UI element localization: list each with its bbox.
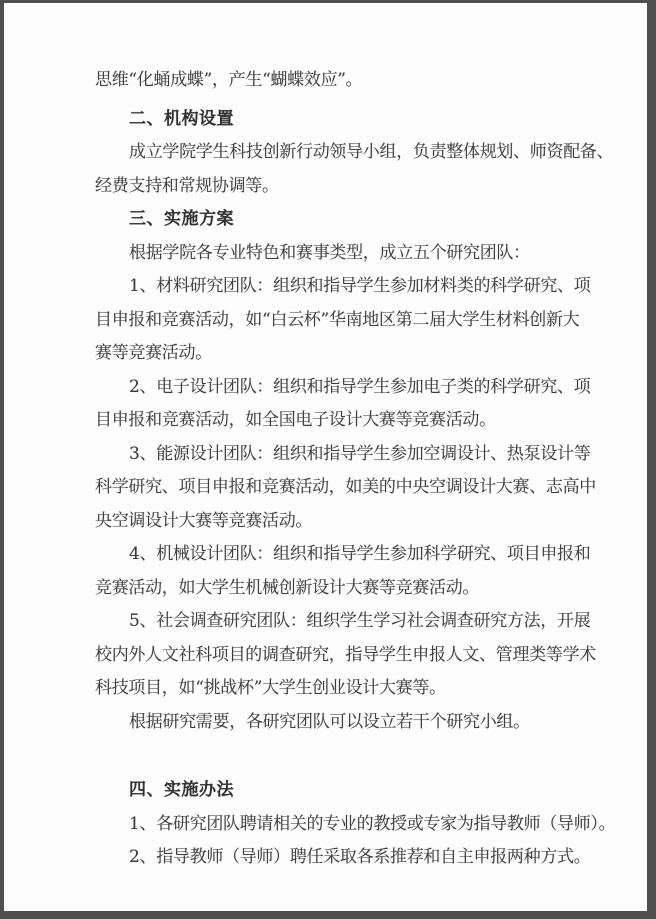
- document-line: 科学研究、项目申报和竞赛活动，如美的中央空调设计大赛、志高中: [95, 471, 563, 505]
- document-line: 竞赛活动，如大学生机械创新设计大赛等竞赛活动。: [95, 572, 563, 606]
- document-page: 思维“化蛹成蝶”，产生“蝴蝶效应”。二、机构设置成立学院学生科技创新行动领导小组…: [4, 3, 647, 911]
- document-line: 2、电子设计团队：组织和指导学生参加电子类的科学研究、项: [95, 371, 563, 405]
- section-heading: 二、机构设置: [95, 103, 563, 137]
- document-line: 校内外人文社科项目的调查研究，指导学生申报人文、管理类等学术: [95, 639, 563, 673]
- document-line: 科技项目，如“挑战杯”大学生创业设计大赛等。: [95, 672, 563, 706]
- document-line: 根据研究需要，各研究团队可以设立若干个研究小组。: [95, 706, 563, 740]
- document-line: 1、材料研究团队：组织和指导学生参加材料类的科学研究、项: [95, 270, 563, 304]
- document-line: 赛等竞赛活动。: [95, 337, 563, 371]
- document-line: 成立学院学生科技创新行动领导小组，负责整体规划、师资配备、: [95, 136, 563, 170]
- document-line: 目申报和竞赛活动，如“白云杯”华南地区第二届大学生材料创新大: [95, 304, 563, 338]
- document-line: 1、各研究团队聘请相关的专业的教授或专家为指导教师（导师）。: [95, 808, 563, 842]
- document-line: 4、机械设计团队：组织和指导学生参加科学研究、项目申报和: [95, 538, 563, 572]
- document-line: 经费支持和常规协调等。: [95, 170, 563, 204]
- document-line: 根据学院各专业特色和赛事类型，成立五个研究团队：: [95, 237, 563, 271]
- section-heading: 四、实施办法: [95, 774, 563, 808]
- document-line: 2、指导教师（导师）聘任采取各系推荐和自主申报两种方式。: [95, 841, 563, 875]
- document-line: 5、社会调查研究团队：组织学生学习社会调查研究方法，开展: [95, 605, 563, 639]
- document-line: 目申报和竞赛活动，如全国电子设计大赛等竞赛活动。: [95, 404, 563, 438]
- document-line: 思维“化蛹成蝶”，产生“蝴蝶效应”。: [95, 64, 563, 98]
- section-heading: 三、实施方案: [95, 203, 563, 237]
- document-content: 思维“化蛹成蝶”，产生“蝴蝶效应”。二、机构设置成立学院学生科技创新行动领导小组…: [4, 3, 647, 875]
- document-line: 央空调设计大赛等竞赛活动。: [95, 505, 563, 539]
- document-line: 3、能源设计团队：组织和指导学生参加空调设计、热泵设计等: [95, 438, 563, 472]
